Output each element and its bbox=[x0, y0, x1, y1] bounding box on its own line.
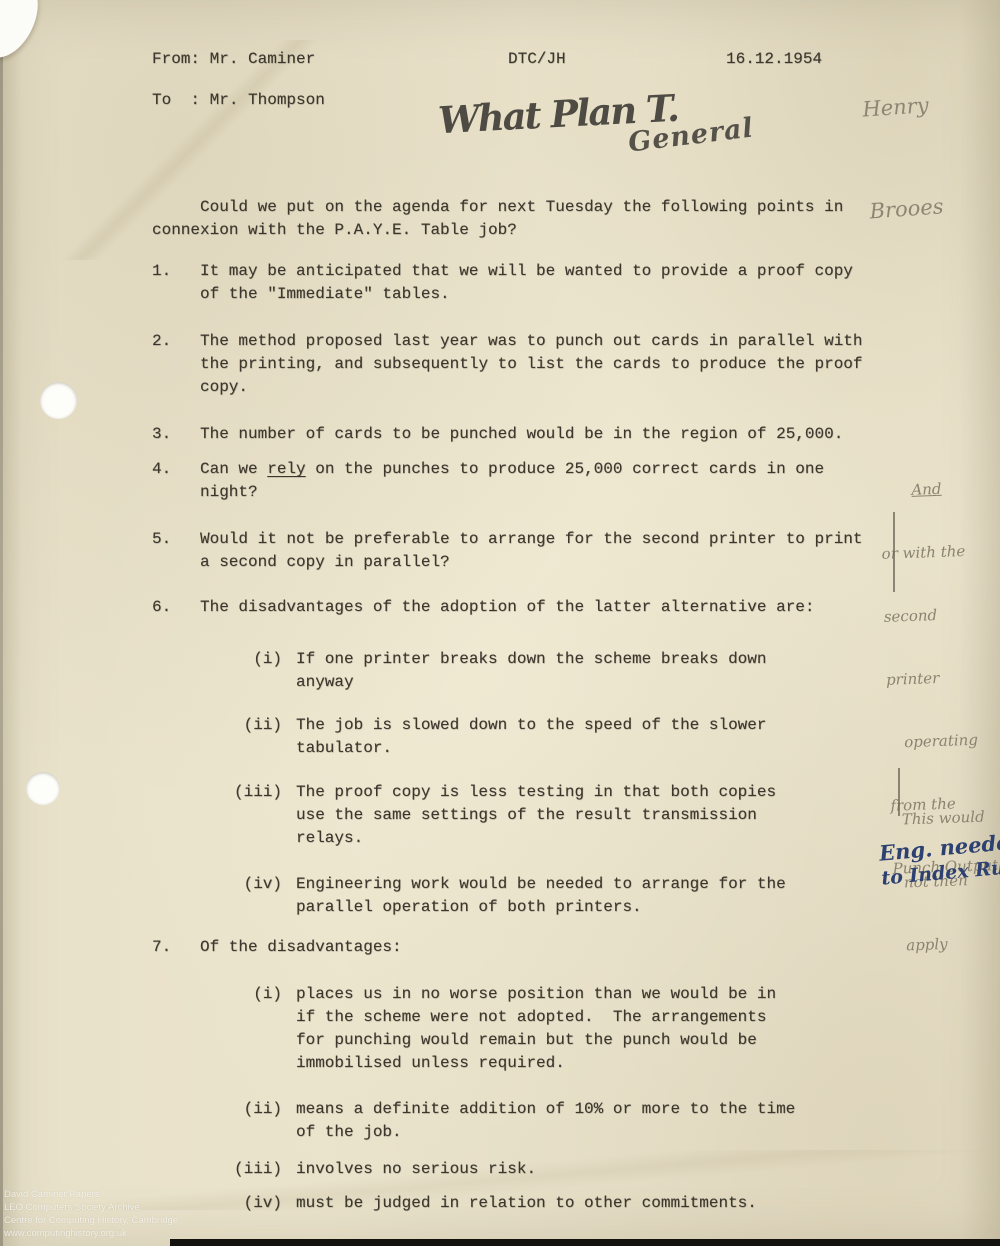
sub-item-label: (ii) bbox=[230, 1098, 282, 1121]
underlined-word: rely bbox=[267, 460, 305, 478]
margin-bracket-line bbox=[898, 768, 900, 816]
margin-note-line: apply bbox=[906, 933, 990, 957]
sub-item-label: (i) bbox=[230, 983, 282, 1006]
item-number: 1. bbox=[152, 260, 171, 283]
item-line: The method proposed last year was to pun… bbox=[200, 330, 863, 353]
item-number: 4. bbox=[152, 458, 171, 481]
item-line: of the "Immediate" tables. bbox=[200, 283, 450, 306]
sub-item-line: The proof copy is less testing in that b… bbox=[296, 781, 776, 804]
sub-item-label: (ii) bbox=[230, 714, 282, 737]
scan-edge bbox=[0, 0, 3, 1246]
handwritten-name-line: Brooes bbox=[868, 189, 944, 228]
sub-item-label: (iv) bbox=[230, 1192, 282, 1215]
item-line: It may be anticipated that we will be wa… bbox=[200, 260, 853, 283]
sub-item-line: immobilised unless required. bbox=[296, 1052, 565, 1075]
scanned-memo-page: From: Mr. Caminer DTC/JH 16.12.1954 To :… bbox=[0, 0, 1000, 1246]
margin-note-line: printer bbox=[886, 666, 992, 691]
sub-item-label: (i) bbox=[230, 648, 282, 671]
handwritten-name-line: Henry bbox=[861, 88, 937, 127]
item-line: Would it not be preferable to arrange fo… bbox=[200, 528, 863, 551]
sub-item-line: parallel operation of both printers. bbox=[296, 896, 642, 919]
item-line: The disadvantages of the adoption of the… bbox=[200, 596, 815, 619]
margin-note-line: This would bbox=[901, 807, 985, 831]
sub-item-line: If one printer breaks down the scheme br… bbox=[296, 648, 766, 671]
memo-reference: DTC/JH bbox=[508, 48, 566, 71]
item-line: the printing, and subsequently to list t… bbox=[200, 353, 863, 376]
memo-from: From: Mr. Caminer bbox=[152, 48, 315, 71]
margin-note-line: second bbox=[883, 603, 989, 628]
item-line: copy. bbox=[200, 376, 248, 399]
sub-item-line: of the job. bbox=[296, 1121, 402, 1144]
margin-note-line: or with the bbox=[881, 540, 987, 565]
item-line: Can we rely on the punches to produce 25… bbox=[200, 458, 824, 481]
item-text: Can we bbox=[200, 460, 267, 478]
watermark-line: David Caminer Papers bbox=[4, 1189, 100, 1200]
sub-item-line: means a definite addition of 10% or more… bbox=[296, 1098, 795, 1121]
memo-date: 16.12.1954 bbox=[726, 48, 822, 71]
sub-item-label: (iii) bbox=[230, 1158, 282, 1181]
sub-item-label: (iii) bbox=[230, 781, 282, 804]
sub-item-line: Engineering work would be needed to arra… bbox=[296, 873, 786, 896]
sub-item-line: involves no serious risk. bbox=[296, 1158, 536, 1181]
item-line: night? bbox=[200, 481, 258, 504]
item-number: 5. bbox=[152, 528, 171, 551]
punch-hole bbox=[40, 382, 77, 419]
item-line: The number of cards to be punched would … bbox=[200, 423, 843, 446]
item-text: on the punches to produce 25,000 correct… bbox=[306, 460, 824, 478]
sub-item-line: anyway bbox=[296, 671, 354, 694]
margin-bracket-line bbox=[893, 512, 895, 592]
memo-to: To : Mr. Thompson bbox=[152, 89, 325, 112]
sub-item-label: (iv) bbox=[230, 873, 282, 896]
handwritten-name: Henry Brooes bbox=[857, 20, 950, 296]
item-line: Of the disadvantages: bbox=[200, 936, 402, 959]
margin-note-line: And bbox=[911, 477, 985, 501]
punch-hole bbox=[26, 772, 60, 805]
sub-item-line: places us in no worse position than we w… bbox=[296, 983, 776, 1006]
watermark-line: www.computinghistory.org.uk bbox=[4, 1228, 127, 1239]
intro-line-1: Could we put on the agenda for next Tues… bbox=[200, 196, 843, 219]
sub-item-line: if the scheme were not adopted. The arra… bbox=[296, 1006, 766, 1029]
margin-note-line: operating bbox=[904, 729, 994, 753]
watermark-line: Centre for Computing History, Cambridge bbox=[4, 1215, 178, 1226]
watermark-line: LEO Computers Society Archive, bbox=[4, 1202, 142, 1213]
torn-corner bbox=[0, 0, 49, 67]
item-number: 3. bbox=[152, 423, 171, 446]
sub-item-line: for punching would remain but the punch … bbox=[296, 1029, 757, 1052]
sub-item-line: relays. bbox=[296, 827, 363, 850]
sub-item-line: tabulator. bbox=[296, 737, 392, 760]
sub-item-line: use the same settings of the result tran… bbox=[296, 804, 757, 827]
item-line: a second copy in parallel? bbox=[200, 551, 450, 574]
sub-item-line: The job is slowed down to the speed of t… bbox=[296, 714, 766, 737]
item-number: 2. bbox=[152, 330, 171, 353]
intro-line-2: connexion with the P.A.Y.E. Table job? bbox=[152, 219, 517, 242]
item-number: 7. bbox=[152, 936, 171, 959]
scan-bottom-edge bbox=[170, 1239, 1000, 1246]
item-number: 6. bbox=[152, 596, 171, 619]
sub-item-line: must be judged in relation to other comm… bbox=[296, 1192, 757, 1215]
